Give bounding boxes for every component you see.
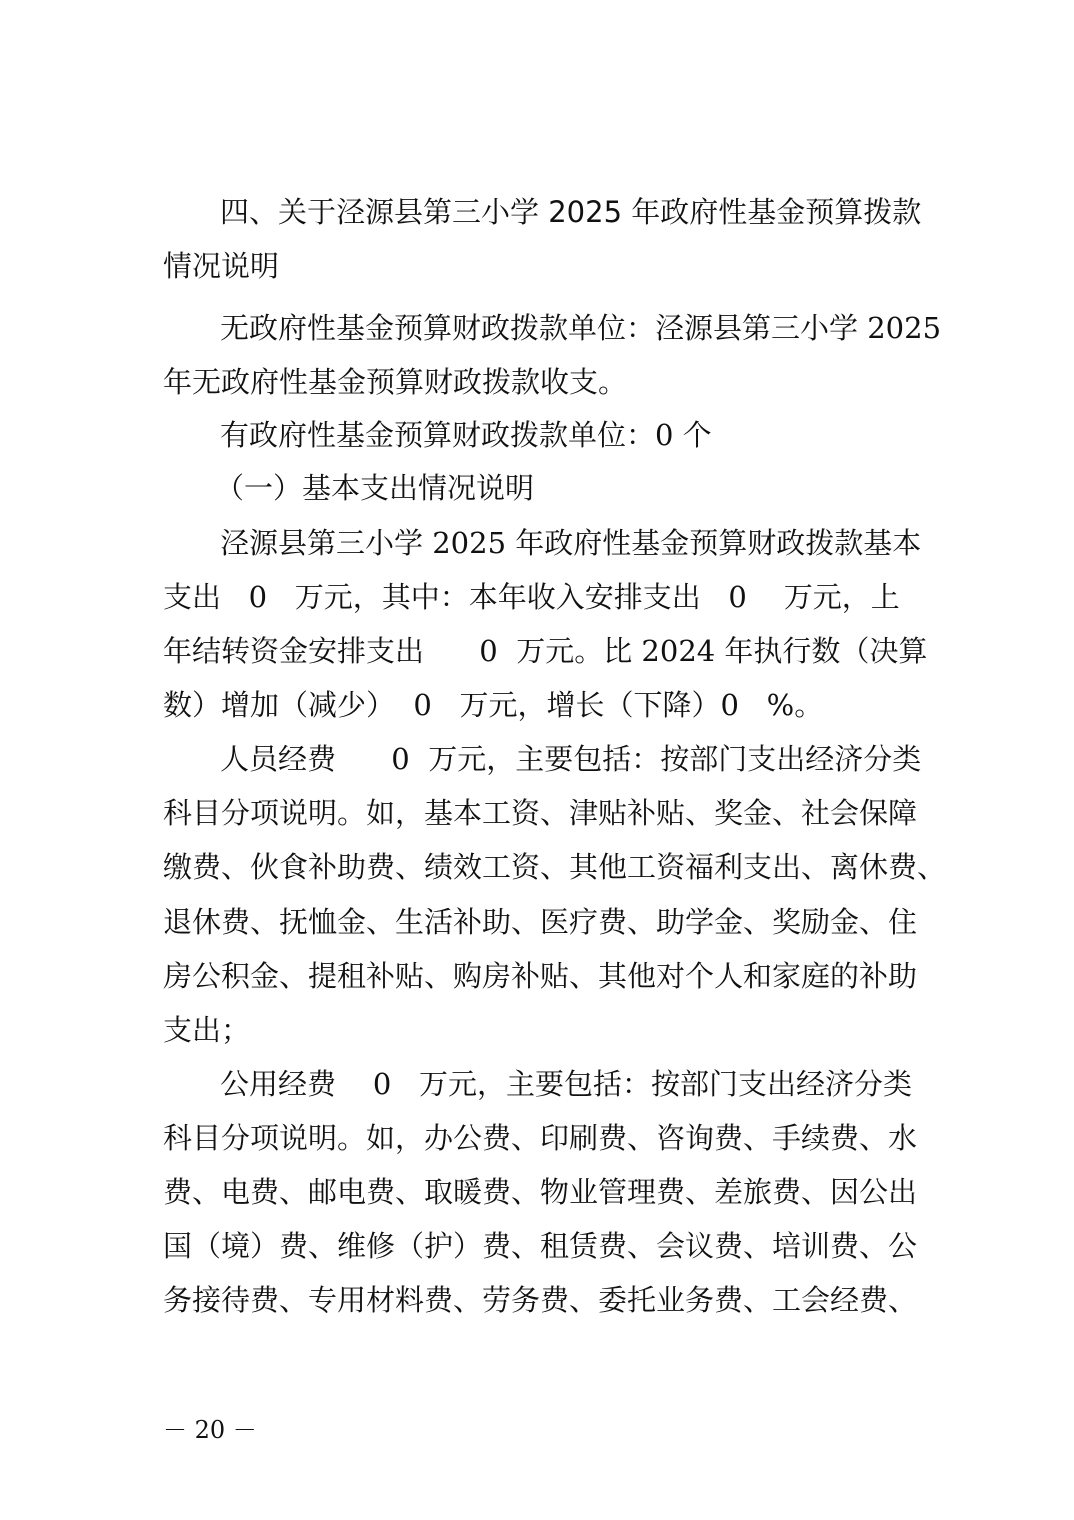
fund-units-count: 有政府性基金预算财政拨款单位：0 个 — [220, 415, 913, 455]
section-heading-line-1: 四、关于泾源县第三小学 2025 年政府性基金预算拨款 — [220, 192, 913, 232]
personnel-expense-line-1: 人员经费 0 万元，主要包括：按部门支出经济分类 — [220, 739, 913, 779]
basic-expense-line-4: 数）增加（减少） 0 万元，增长（下降）0 %。 — [163, 685, 913, 725]
personnel-expense-line-5: 房公积金、提租补贴、购房补贴、其他对个人和家庭的补助 — [163, 956, 913, 996]
personnel-expense-line-6: 支出； — [163, 1010, 913, 1050]
personnel-expense-line-2: 科目分项说明。如，基本工资、津贴补贴、奖金、社会保障 — [163, 793, 913, 833]
basic-expense-line-3: 年结转资金安排支出 0 万元。比 2024 年执行数（决算 — [163, 631, 913, 671]
subsection-title-basic-expense: （一）基本支出情况说明 — [215, 468, 908, 508]
no-fund-units-line-2: 年无政府性基金预算财政拨款收支。 — [163, 362, 913, 402]
no-fund-units-line-1: 无政府性基金预算财政拨款单位：泾源县第三小学 2025 — [220, 308, 913, 348]
basic-expense-line-2: 支出 0 万元，其中：本年收入安排支出 0 万元，上 — [163, 577, 913, 617]
public-expense-line-4: 国（境）费、维修（护）费、租赁费、会议费、培训费、公 — [163, 1226, 913, 1266]
public-expense-line-1: 公用经费 0 万元，主要包括：按部门支出经济分类 — [220, 1064, 913, 1104]
public-expense-line-2: 科目分项说明。如，办公费、印刷费、咨询费、手续费、水 — [163, 1118, 913, 1158]
personnel-expense-line-4: 退休费、抚恤金、生活补助、医疗费、助学金、奖励金、住 — [163, 902, 913, 942]
basic-expense-line-1: 泾源县第三小学 2025 年政府性基金预算财政拨款基本 — [220, 523, 913, 563]
personnel-expense-line-3: 缴费、伙食补助费、绩效工资、其他工资福利支出、离休费、 — [163, 847, 913, 887]
public-expense-line-5: 务接待费、专用材料费、劳务费、委托业务费、工会经费、 — [163, 1280, 913, 1320]
page-number: － 20 － — [163, 1410, 257, 1445]
section-heading-line-2: 情况说明 — [163, 246, 913, 286]
public-expense-line-3: 费、电费、邮电费、取暖费、物业管理费、差旅费、因公出 — [163, 1172, 913, 1212]
